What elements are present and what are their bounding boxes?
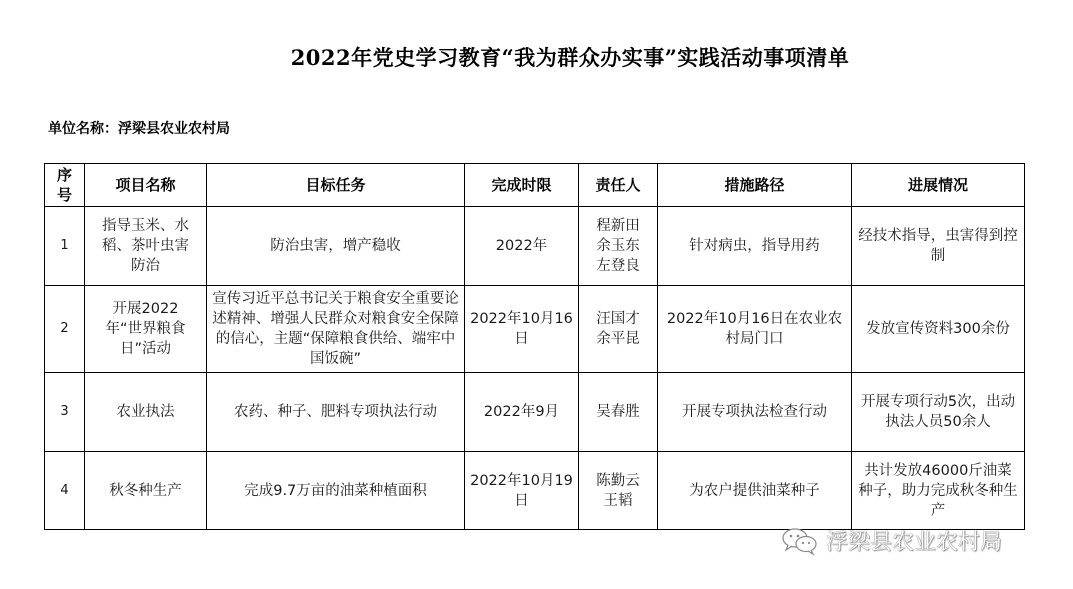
table-row: 3 农业执法 农药、种子、肥料专项执法行动 2022年9月 吴春胜 开展专项执法…: [45, 373, 1025, 452]
header-measures: 措施路径: [658, 164, 852, 207]
header-seq: 序号: [45, 164, 85, 207]
cell-measures: 开展专项执法检查行动: [658, 373, 852, 452]
cell-owner: 程新田 余玉东 左登良: [579, 207, 658, 286]
cell-seq: 4: [45, 452, 85, 530]
cell-deadline: 2022年10月16日: [465, 286, 579, 373]
cell-seq: 1: [45, 207, 85, 286]
table-row: 4 秋冬种生产 完成9.7万亩的油菜种植面积 2022年10月19日 陈勤云 王…: [45, 452, 1025, 530]
cell-progress: 开展专项行动5次，出动执法人员50余人: [852, 373, 1025, 452]
watermark-text: 浮梁县农业农村局: [826, 525, 1002, 556]
cell-deadline: 2022年10月19日: [465, 452, 579, 530]
document-title: 2022年党史学习教育“我为群众办实事”实践活动事项清单: [0, 42, 1073, 72]
cell-project: 开展2022年“世界粮食日”活动: [85, 286, 207, 373]
cell-deadline: 2022年9月: [465, 373, 579, 452]
header-project: 项目名称: [85, 164, 207, 207]
cell-target: 防治虫害，增产稳收: [207, 207, 465, 286]
cell-project: 指导玉米、水稻、茶叶虫害防治: [85, 207, 207, 286]
cell-project: 秋冬种生产: [85, 452, 207, 530]
cell-progress: 经技术指导，虫害得到控制: [852, 207, 1025, 286]
table-header-row: 序号 项目名称 目标任务 完成时限 责任人 措施路径 进展情况: [45, 164, 1025, 207]
cell-owner: 吴春胜: [579, 373, 658, 452]
table-row: 1 指导玉米、水稻、茶叶虫害防治 防治虫害，增产稳收 2022年 程新田 余玉东…: [45, 207, 1025, 286]
cell-measures: 为农户提供油菜种子: [658, 452, 852, 530]
cell-measures: 2022年10月16日在农业农村局门口: [658, 286, 852, 373]
cell-project: 农业执法: [85, 373, 207, 452]
cell-owner: 陈勤云 王韬: [579, 452, 658, 530]
watermark: 浮梁县农业农村局: [780, 525, 1002, 556]
cell-target: 宣传习近平总书记关于粮食安全重要论述精神、增强人民群众对粮食安全保障的信心，主题…: [207, 286, 465, 373]
cell-seq: 2: [45, 286, 85, 373]
cell-progress: 发放宣传资料300余份: [852, 286, 1025, 373]
table-row: 2 开展2022年“世界粮食日”活动 宣传习近平总书记关于粮食安全重要论述精神、…: [45, 286, 1025, 373]
cell-seq: 3: [45, 373, 85, 452]
cell-measures: 针对病虫，指导用药: [658, 207, 852, 286]
unit-name: 单位名称：浮梁县农业农村局: [48, 118, 230, 138]
cell-target: 完成9.7万亩的油菜种植面积: [207, 452, 465, 530]
header-progress: 进展情况: [852, 164, 1025, 207]
activity-list-table: 序号 项目名称 目标任务 完成时限 责任人 措施路径 进展情况 1 指导玉米、水…: [44, 163, 1025, 530]
header-deadline: 完成时限: [465, 164, 579, 207]
cell-owner: 汪国才 余平昆: [579, 286, 658, 373]
header-owner: 责任人: [579, 164, 658, 207]
wechat-icon: [780, 526, 820, 556]
cell-target: 农药、种子、肥料专项执法行动: [207, 373, 465, 452]
cell-deadline: 2022年: [465, 207, 579, 286]
cell-progress: 共计发放46000斤油菜种子，助力完成秋冬种生产: [852, 452, 1025, 530]
header-target: 目标任务: [207, 164, 465, 207]
